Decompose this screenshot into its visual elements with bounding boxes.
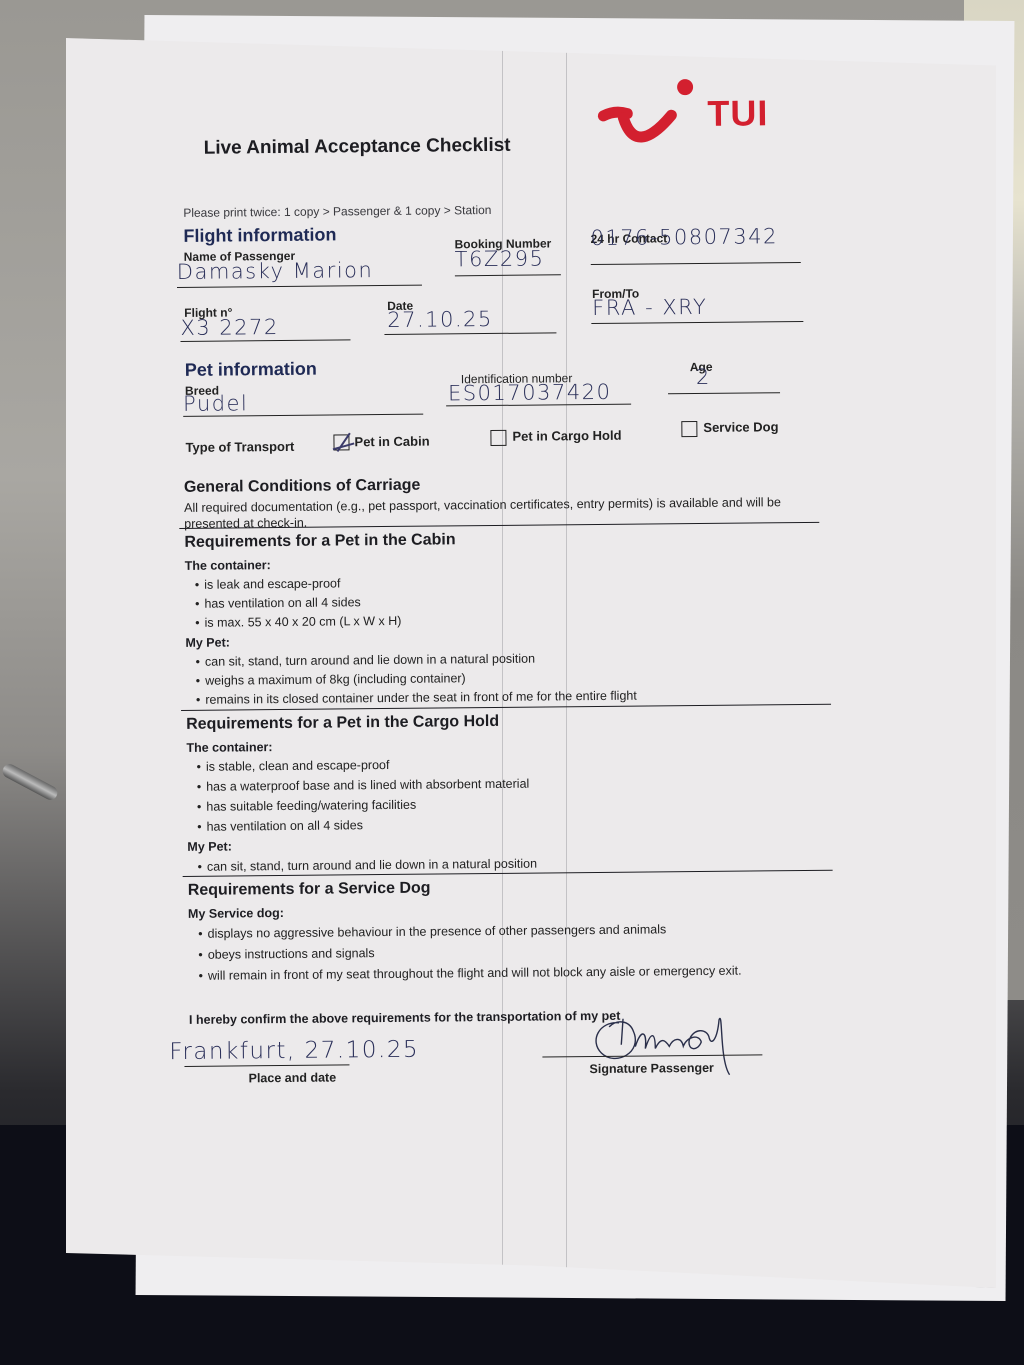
- page-title: Live Animal Acceptance Checklist: [204, 135, 511, 160]
- flight-number-field[interactable]: X3 2272: [180, 315, 279, 340]
- tui-smile-logo-icon: [595, 75, 706, 156]
- service-dog-label-heading: My Service dog:: [188, 906, 284, 921]
- pet-in-cargo-hold-checkbox[interactable]: [490, 430, 506, 446]
- from-to-field[interactable]: FRA - XRY: [592, 295, 707, 320]
- service-dog-checkbox[interactable]: [681, 421, 697, 437]
- list-item: obeys instructions and signals: [198, 946, 374, 962]
- date-field[interactable]: 27.10.25: [387, 307, 493, 332]
- contact-24hr-field[interactable]: 0176-50807342: [590, 224, 778, 250]
- signature-label: Signature Passenger: [589, 1061, 713, 1076]
- list-item: has ventilation on all 4 sides: [195, 595, 361, 611]
- print-instruction: Please print twice: 1 copy > Passenger &…: [183, 203, 491, 220]
- cargo-requirements-heading: Requirements for a Pet in the Cargo Hold: [186, 713, 499, 734]
- list-item: has suitable feeding/watering facilities: [197, 798, 416, 814]
- list-item: is leak and escape-proof: [195, 576, 341, 591]
- cabin-pet-label: My Pet:: [185, 635, 230, 649]
- identification-number-field[interactable]: ES017037420: [448, 380, 612, 406]
- cabin-container-label: The container:: [185, 558, 271, 573]
- list-item: is max. 55 x 40 x 20 cm (L x W x H): [195, 614, 401, 630]
- list-item: has ventilation on all 4 sides: [197, 818, 363, 834]
- place-date-label: Place and date: [249, 1070, 337, 1085]
- pet-in-cargo-hold-label: Pet in Cargo Hold: [512, 428, 621, 444]
- place-date-field[interactable]: Frankfurt, 27.10.25: [169, 1037, 419, 1065]
- service-dog-requirements-heading: Requirements for a Service Dog: [188, 880, 431, 900]
- flight-information-heading: Flight information: [183, 224, 336, 246]
- pet-in-cabin-checkbox[interactable]: [333, 434, 349, 450]
- cargo-container-label: The container:: [186, 740, 272, 755]
- cabin-requirements-heading: Requirements for a Pet in the Cabin: [184, 531, 455, 552]
- cargo-pet-label: My Pet:: [187, 839, 232, 853]
- service-dog-label: Service Dog: [703, 419, 778, 435]
- brand-name: TUI: [707, 92, 768, 135]
- transport-type-label: Type of Transport: [185, 439, 294, 455]
- pet-information-heading: Pet information: [185, 359, 317, 381]
- general-conditions-text-line2: presented at check-in.: [184, 515, 307, 533]
- background-rail: [0, 762, 60, 803]
- breed-field[interactable]: Pudel: [183, 391, 248, 416]
- brand-logo: TUI: [595, 74, 796, 156]
- list-item: is stable, clean and escape-proof: [197, 758, 390, 774]
- age-field[interactable]: 2: [696, 365, 711, 389]
- booking-number-field[interactable]: T6Z295: [455, 246, 545, 271]
- passenger-name-field[interactable]: Damasky Marion: [177, 258, 374, 284]
- general-conditions-heading: General Conditions of Carriage: [184, 477, 421, 497]
- pet-in-cabin-label: Pet in Cabin: [354, 434, 429, 450]
- fold-crease: [566, 38, 567, 1288]
- list-item: weighs a maximum of 8kg (including conta…: [196, 671, 466, 688]
